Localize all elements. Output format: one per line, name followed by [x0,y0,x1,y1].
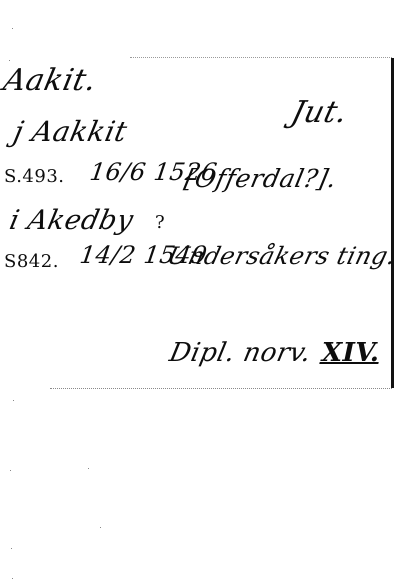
source-volume: XIV. [318,338,383,368]
right-border-line [391,58,394,388]
scan-speck [88,468,89,469]
entry-2-query-mark: ? [155,214,165,232]
scan-speck [12,578,13,579]
source-title: Dipl. norv. [167,338,314,368]
entry-2-place: Undersåkers ting. [165,244,399,268]
entry-1-place: [Offerdal?]. [182,166,339,191]
source-citation: Dipl. norv. XIV. [167,340,383,366]
entry-1-form: j Aakkit [11,118,130,146]
scan-speck [12,28,13,29]
entry-2-reference: S842. [4,253,59,271]
headword: Aakit. [1,66,99,96]
scan-speck [13,400,14,401]
top-border-line [130,57,392,58]
corner-tag: Jut. [288,98,350,128]
scan-speck [100,527,101,528]
entry-2-form: i Akedby [7,207,136,234]
scan-speck [9,60,10,61]
scan-speck [11,548,12,549]
bottom-border-line [50,388,392,389]
scan-speck [10,470,11,471]
entry-1-reference: S.493. [4,168,65,186]
index-card: Aakit. Jut. j Aakkit S.493. 16/6 1526 [O… [0,0,400,585]
